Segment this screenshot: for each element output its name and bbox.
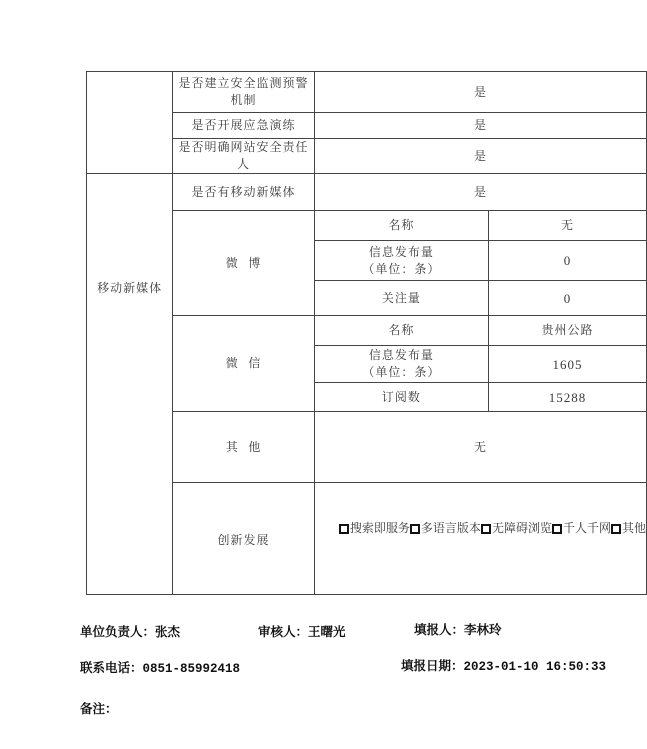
security-responsible-label: 是否明确网站安全责任人 — [173, 139, 315, 174]
other-media-label: 其 他 — [173, 412, 315, 483]
has-mobile-media-value: 是 — [314, 174, 646, 211]
remarks-label: 备注： — [80, 699, 118, 717]
has-mobile-media-label: 是否有移动新媒体 — [173, 174, 315, 211]
emergency-drill-value: 是 — [314, 113, 646, 139]
filler-name: 李林玲 — [464, 622, 502, 637]
weibo-name-value: 无 — [488, 211, 646, 241]
wechat-posts-value: 1605 — [488, 346, 646, 383]
security-section-label-cell — [87, 72, 173, 174]
report-datetime: 2023-01-10 16:50:33 — [464, 660, 607, 674]
wechat-label: 微 信 — [173, 316, 315, 412]
innovation-section-label: 创新发展 — [173, 483, 315, 595]
weibo-name-label: 名称 — [314, 211, 488, 241]
weibo-posts-value: 0 — [488, 241, 646, 281]
contact-phone: 联系电话：0851-85992418 — [80, 658, 240, 676]
option-other[interactable]: 其他 — [611, 520, 646, 537]
security-responsible-value: 是 — [314, 139, 646, 174]
report-date: 填报日期：2023-01-10 16:50:33 — [401, 656, 606, 674]
wechat-subscribers-value: 15288 — [488, 383, 646, 412]
checkbox-icon[interactable] — [552, 524, 562, 534]
weibo-followers-value: 0 — [488, 281, 646, 316]
wechat-name-label: 名称 — [314, 316, 488, 346]
reviewer: 审核人：王曙光 — [258, 622, 346, 640]
weibo-posts-label: 信息发布量 （单位：条） — [314, 241, 488, 281]
option-personalized[interactable]: 千人千网 — [552, 520, 611, 537]
wechat-subscribers-label: 订阅数 — [314, 383, 488, 412]
other-media-value: 无 — [314, 412, 646, 483]
mobile-media-section-label: 移动新媒体 — [87, 174, 173, 595]
weibo-label: 微 博 — [173, 211, 315, 316]
checkbox-icon[interactable] — [410, 524, 420, 534]
wechat-name-value: 贵州公路 — [488, 316, 646, 346]
monitoring-warning-value: 是 — [314, 72, 646, 113]
option-search-as-service[interactable]: 搜索即服务 — [339, 520, 410, 537]
weibo-followers-label: 关注量 — [314, 281, 488, 316]
innovation-options: 搜索即服务多语言版本无障碍浏览千人千网其他 — [314, 483, 646, 595]
emergency-drill-label: 是否开展应急演练 — [173, 113, 315, 139]
monitoring-warning-label: 是否建立安全监测预警 机制 — [173, 72, 315, 113]
option-accessibility[interactable]: 无障碍浏览 — [481, 520, 552, 537]
checkbox-icon[interactable] — [339, 524, 349, 534]
filler: 填报人：李林玲 — [414, 620, 502, 638]
checkbox-icon[interactable] — [481, 524, 491, 534]
unit-head-name: 张杰 — [155, 624, 180, 639]
website-report-table: 是否建立安全监测预警 机制 是 是否开展应急演练 是 是否明确网站安全责任人 是… — [86, 71, 647, 595]
unit-head: 单位负责人：张杰 — [80, 622, 180, 640]
checkbox-icon[interactable] — [611, 524, 621, 534]
reviewer-name: 王曙光 — [308, 624, 346, 639]
phone-number: 0851-85992418 — [143, 662, 241, 676]
option-multilingual[interactable]: 多语言版本 — [410, 520, 481, 537]
wechat-posts-label: 信息发布量 （单位：条） — [314, 346, 488, 383]
